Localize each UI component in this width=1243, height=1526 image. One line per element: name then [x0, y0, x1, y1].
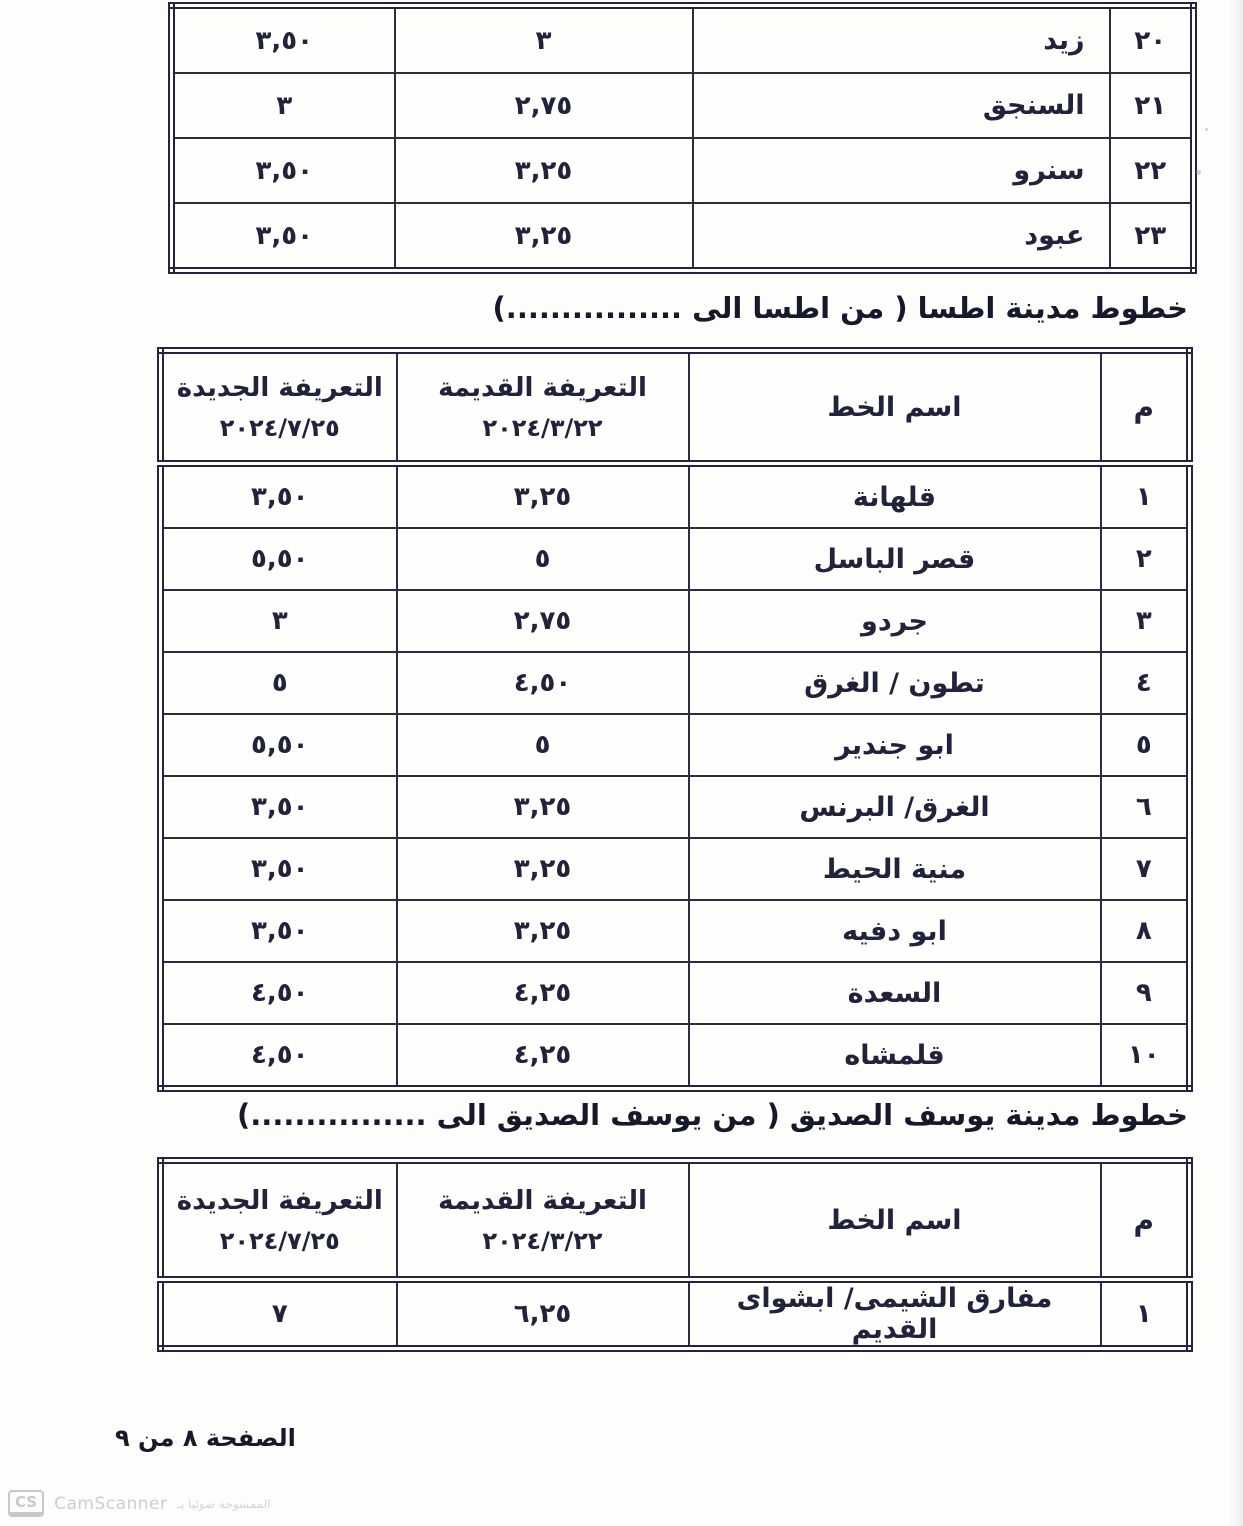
name-cell: عبود — [693, 203, 1110, 271]
new-cell: ٥ — [161, 652, 397, 714]
new-cell: ٣,٥٠ — [172, 203, 395, 271]
table-row: ٢٠زيد٣٣,٥٠ — [172, 6, 1194, 74]
old-cell: ٣,٢٥ — [397, 464, 689, 529]
old-cell: ٣,٢٥ — [397, 838, 689, 900]
old-tariff-date: ٢٠٢٤/٣/٢٢ — [404, 414, 682, 442]
name-cell: تطون / الغرق — [689, 652, 1101, 714]
table-row: ٤تطون / الغرق٤,٥٠٥ — [161, 652, 1190, 714]
old-cell: ٣,٢٥ — [395, 203, 693, 271]
old-cell: ٣,٢٥ — [397, 900, 689, 962]
table-row: ٢٢سنرو٣,٢٥٣,٥٠ — [172, 138, 1194, 203]
old-tariff-date: ٢٠٢٤/٣/٢٢ — [404, 1227, 682, 1255]
table-row: ٩السعدة٤,٢٥٤,٥٠ — [161, 962, 1190, 1024]
old-cell: ٣ — [395, 6, 693, 74]
name-cell: ابو دفيه — [689, 900, 1101, 962]
num-cell: ١٠ — [1101, 1024, 1190, 1089]
col-header-line-name: اسم الخط — [689, 1161, 1101, 1280]
num-cell: ٥ — [1101, 714, 1190, 776]
table-row: ٢٣عبود٣,٢٥٣,٥٠ — [172, 203, 1194, 271]
section-heading-itsa: خطوط مدينة اطسا ( من اطسا الى ..........… — [493, 291, 1188, 325]
num-cell: ١ — [1101, 464, 1190, 529]
table-row: ٢قصر الباسل٥٥,٥٠ — [161, 528, 1190, 590]
num-cell: ٢٢ — [1110, 138, 1194, 203]
yousef-table-body: ١مفارق الشيمى/ ابشواى القديم٦,٢٥٧ — [161, 1280, 1190, 1349]
new-cell: ٣,٥٠ — [161, 776, 397, 838]
table-row: ١مفارق الشيمى/ ابشواى القديم٦,٢٥٧ — [161, 1280, 1190, 1349]
name-cell: سنرو — [693, 138, 1110, 203]
old-cell: ٢,٧٥ — [395, 73, 693, 138]
new-cell: ٣,٥٠ — [172, 6, 395, 74]
num-cell: ٢٣ — [1110, 203, 1194, 271]
num-cell: ٤ — [1101, 652, 1190, 714]
num-cell: ٦ — [1101, 776, 1190, 838]
col-header-old-tariff: التعريفة القديمة ٢٠٢٤/٣/٢٢ — [397, 1161, 689, 1280]
scan-edge-shading — [1229, 0, 1243, 1526]
new-cell: ٧ — [161, 1280, 397, 1349]
col-header-line-name: اسم الخط — [689, 351, 1101, 464]
num-cell: ٨ — [1101, 900, 1190, 962]
old-tariff-title: التعريفة القديمة — [404, 1185, 682, 1218]
name-cell: منية الحيط — [689, 838, 1101, 900]
name-cell: مفارق الشيمى/ ابشواى القديم — [689, 1280, 1101, 1349]
old-cell: ٥ — [397, 714, 689, 776]
new-cell: ٣ — [161, 590, 397, 652]
col-header-old-tariff: التعريفة القديمة ٢٠٢٤/٣/٢٢ — [397, 351, 689, 464]
table-row: ١قلهانة٣,٢٥٣,٥٠ — [161, 464, 1190, 529]
table-row: ٣جردو٢,٧٥٣ — [161, 590, 1190, 652]
old-cell: ٣,٢٥ — [395, 138, 693, 203]
name-cell: قلهانة — [689, 464, 1101, 529]
name-cell: زيد — [693, 6, 1110, 74]
yousef-lines-table: م اسم الخط التعريفة القديمة ٢٠٢٤/٣/٢٢ ال… — [157, 1157, 1193, 1352]
name-cell: السعدة — [689, 962, 1101, 1024]
col-header-line-label: اسم الخط — [827, 1205, 961, 1236]
name-cell: جردو — [689, 590, 1101, 652]
old-cell: ٤,٢٥ — [397, 962, 689, 1024]
scan-speck — [1205, 128, 1208, 131]
new-tariff-title: التعريفة الجديدة — [170, 372, 390, 405]
num-cell: ٩ — [1101, 962, 1190, 1024]
new-cell: ٣ — [172, 73, 395, 138]
old-cell: ٤,٥٠ — [397, 652, 689, 714]
header-row: م اسم الخط التعريفة القديمة ٢٠٢٤/٣/٢٢ ال… — [161, 351, 1190, 464]
new-tariff-title: التعريفة الجديدة — [170, 1185, 390, 1218]
num-cell: ٢ — [1101, 528, 1190, 590]
col-header-num: م — [1101, 1161, 1190, 1280]
old-cell: ٤,٢٥ — [397, 1024, 689, 1089]
old-cell: ٥ — [397, 528, 689, 590]
itsa-table-body: ١قلهانة٣,٢٥٣,٥٠٢قصر الباسل٥٥,٥٠٣جردو٢,٧٥… — [161, 464, 1190, 1089]
name-cell: قصر الباسل — [689, 528, 1101, 590]
name-cell: قلمشاه — [689, 1024, 1101, 1089]
header-row: م اسم الخط التعريفة القديمة ٢٠٢٤/٣/٢٢ ال… — [161, 1161, 1190, 1280]
camscanner-brand-text: CamScanner — [54, 1494, 167, 1514]
table-row: ٦الغرق/ البرنس٣,٢٥٣,٥٠ — [161, 776, 1190, 838]
col-header-num: م — [1101, 351, 1190, 464]
new-cell: ٤,٥٠ — [161, 962, 397, 1024]
new-tariff-date: ٢٠٢٤/٧/٢٥ — [170, 1227, 390, 1255]
col-header-line-label: اسم الخط — [827, 392, 961, 423]
table-row: ٧منية الحيط٣,٢٥٣,٥٠ — [161, 838, 1190, 900]
name-cell: السنجق — [693, 73, 1110, 138]
itsa-lines-table: م اسم الخط التعريفة القديمة ٢٠٢٤/٣/٢٢ ال… — [157, 347, 1193, 1092]
new-cell: ٥,٥٠ — [161, 528, 397, 590]
new-cell: ٣,٥٠ — [161, 464, 397, 529]
old-cell: ٦,٢٥ — [397, 1280, 689, 1349]
page-number-footer: الصفحة ٨ من ٩ — [115, 1424, 296, 1452]
old-tariff-title: التعريفة القديمة — [404, 372, 682, 405]
new-cell: ٣,٥٠ — [172, 138, 395, 203]
camscanner-arabic-note: الممسوحة ضوئيا بـ — [178, 1497, 271, 1511]
name-cell: ابو جندير — [689, 714, 1101, 776]
section-heading-yousef: خطوط مدينة يوسف الصديق ( من يوسف الصديق … — [237, 1098, 1188, 1132]
col-header-new-tariff: التعريفة الجديدة ٢٠٢٤/٧/٢٥ — [161, 351, 397, 464]
camscanner-icon: CS — [8, 1490, 44, 1517]
new-tariff-date: ٢٠٢٤/٧/٢٥ — [170, 414, 390, 442]
scan-speck — [1196, 170, 1201, 175]
new-cell: ٣,٥٠ — [161, 900, 397, 962]
continuation-table-body: ٢٠زيد٣٣,٥٠٢١السنجق٢,٧٥٣٢٢سنرو٣,٢٥٣,٥٠٢٣ع… — [172, 6, 1194, 271]
col-header-new-tariff: التعريفة الجديدة ٢٠٢٤/٧/٢٥ — [161, 1161, 397, 1280]
old-cell: ٢,٧٥ — [397, 590, 689, 652]
continuation-table: ٢٠زيد٣٣,٥٠٢١السنجق٢,٧٥٣٢٢سنرو٣,٢٥٣,٥٠٢٣ع… — [168, 2, 1197, 274]
num-cell: ٢١ — [1110, 73, 1194, 138]
new-cell: ٣,٥٠ — [161, 838, 397, 900]
new-cell: ٥,٥٠ — [161, 714, 397, 776]
table-row: ١٠قلمشاه٤,٢٥٤,٥٠ — [161, 1024, 1190, 1089]
num-cell: ٧ — [1101, 838, 1190, 900]
num-cell: ٣ — [1101, 590, 1190, 652]
col-header-num-label: م — [1133, 391, 1154, 424]
new-cell: ٤,٥٠ — [161, 1024, 397, 1089]
name-cell: الغرق/ البرنس — [689, 776, 1101, 838]
old-cell: ٣,٢٥ — [397, 776, 689, 838]
num-cell: ١ — [1101, 1280, 1190, 1349]
table-row: ٢١السنجق٢,٧٥٣ — [172, 73, 1194, 138]
camscanner-watermark: CS CamScanner الممسوحة ضوئيا بـ — [8, 1490, 271, 1517]
scanned-document-page: ٢٠زيد٣٣,٥٠٢١السنجق٢,٧٥٣٢٢سنرو٣,٢٥٣,٥٠٢٣ع… — [0, 0, 1243, 1526]
table-row: ٨ابو دفيه٣,٢٥٣,٥٠ — [161, 900, 1190, 962]
num-cell: ٢٠ — [1110, 6, 1194, 74]
table-row: ٥ابو جندير٥٥,٥٠ — [161, 714, 1190, 776]
col-header-num-label: م — [1133, 1204, 1154, 1237]
